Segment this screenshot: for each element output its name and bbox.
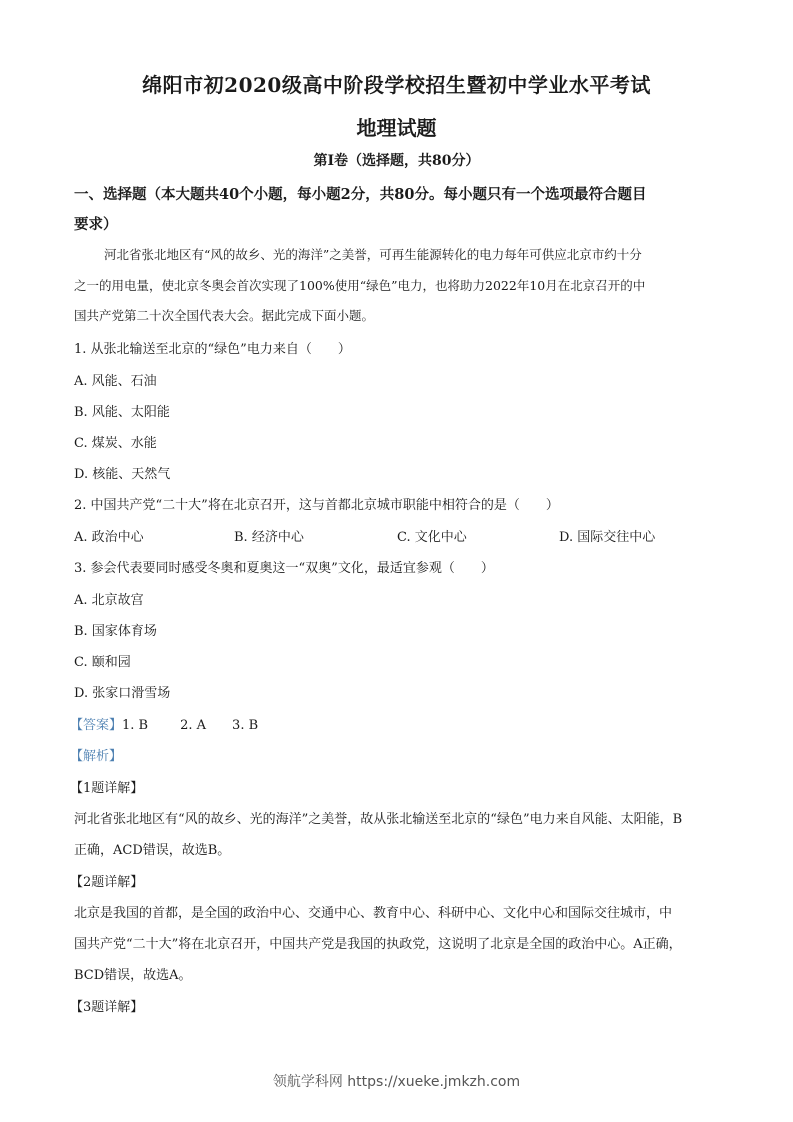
question-2-option-b: B. 经济中心 — [234, 526, 304, 545]
analysis-label: 【解析】 — [70, 745, 122, 764]
answer-3: 3. B — [232, 718, 258, 733]
answer-row: 【答案】1. B2. A3. B — [70, 714, 258, 733]
question-3-option-b: B. 国家体育场 — [74, 620, 157, 639]
question-1-option-b: B. 风能、太阳能 — [74, 401, 170, 420]
section-heading-line1: 一、选择题（本大题共40个小题，每小题2分，共80分。每小题只有一个选项最符合题… — [74, 183, 646, 204]
question-2-option-a: A. 政治中心 — [74, 526, 144, 545]
question-3-option-c: C. 颐和园 — [74, 651, 131, 670]
q2-detail-line2: 国共产党“二十大”将在北京召开，中国共产党是我国的执政党，这说明了北京是全国的政… — [74, 933, 682, 952]
part-heading: 第Ⅰ卷（选择题，共80分） — [0, 150, 793, 170]
answer-1: 1. B — [122, 718, 148, 733]
q1-detail-line2: 正确，ACD错误，故选B。 — [74, 839, 230, 858]
q2-detail-line1: 北京是我国的首都，是全国的政治中心、交通中心、教育中心、科研中心、文化中心和国际… — [74, 902, 672, 921]
question-1-option-c: C. 煤炭、水能 — [74, 432, 157, 451]
q1-detail-heading: 【1题详解】 — [70, 777, 143, 796]
question-3-option-a: A. 北京故宫 — [74, 589, 144, 608]
answer-2: 2. A — [180, 718, 206, 733]
footer-watermark: 领航学科网 https://xueke.jmkzh.com — [0, 1071, 793, 1091]
answer-label: 【答案】 — [70, 718, 122, 733]
page-title: 绵阳市初2020级高中阶段学校招生暨初中学业水平考试 — [0, 69, 793, 98]
passage-line1: 河北省张北地区有“风的故乡、光的海洋”之美誉，可再生能源转化的电力每年可供应北京… — [104, 245, 642, 263]
question-2-stem: 2. 中国共产党“二十大”将在北京召开，这与首都北京城市职能中相符合的是（ ） — [74, 494, 559, 513]
question-1-stem: 1. 从张北输送至北京的“绿色”电力来自（ ） — [74, 338, 351, 357]
section-heading-line2: 要求） — [74, 213, 118, 234]
question-2-option-c: C. 文化中心 — [397, 526, 467, 545]
passage-line3: 国共产党第二十次全国代表大会。据此完成下面小题。 — [74, 306, 374, 324]
q2-detail-heading: 【2题详解】 — [70, 871, 143, 890]
page-subtitle: 地理试题 — [0, 112, 793, 141]
exam-page: 绵阳市初2020级高中阶段学校招生暨初中学业水平考试 地理试题 第Ⅰ卷（选择题，… — [0, 0, 793, 1122]
q1-detail-line1: 河北省张北地区有“风的故乡、光的海洋”之美誉，故从张北输送至北京的“绿色”电力来… — [74, 808, 682, 827]
question-2-option-d: D. 国际交往中心 — [559, 526, 655, 545]
question-1-option-a: A. 风能、石油 — [74, 370, 157, 389]
q3-detail-heading: 【3题详解】 — [70, 996, 143, 1015]
passage-line2: 之一的用电量，使北京冬奥会首次实现了100%使用“绿色”电力，也将助力2022年… — [74, 276, 645, 294]
q2-detail-line3: BCD错误，故选A。 — [74, 964, 192, 983]
question-3-option-d: D. 张家口滑雪场 — [74, 682, 170, 701]
question-3-stem: 3. 参会代表要同时感受冬奥和夏奥这一“双奥”文化，最适宜参观（ ） — [74, 557, 494, 576]
question-1-option-d: D. 核能、天然气 — [74, 463, 170, 482]
